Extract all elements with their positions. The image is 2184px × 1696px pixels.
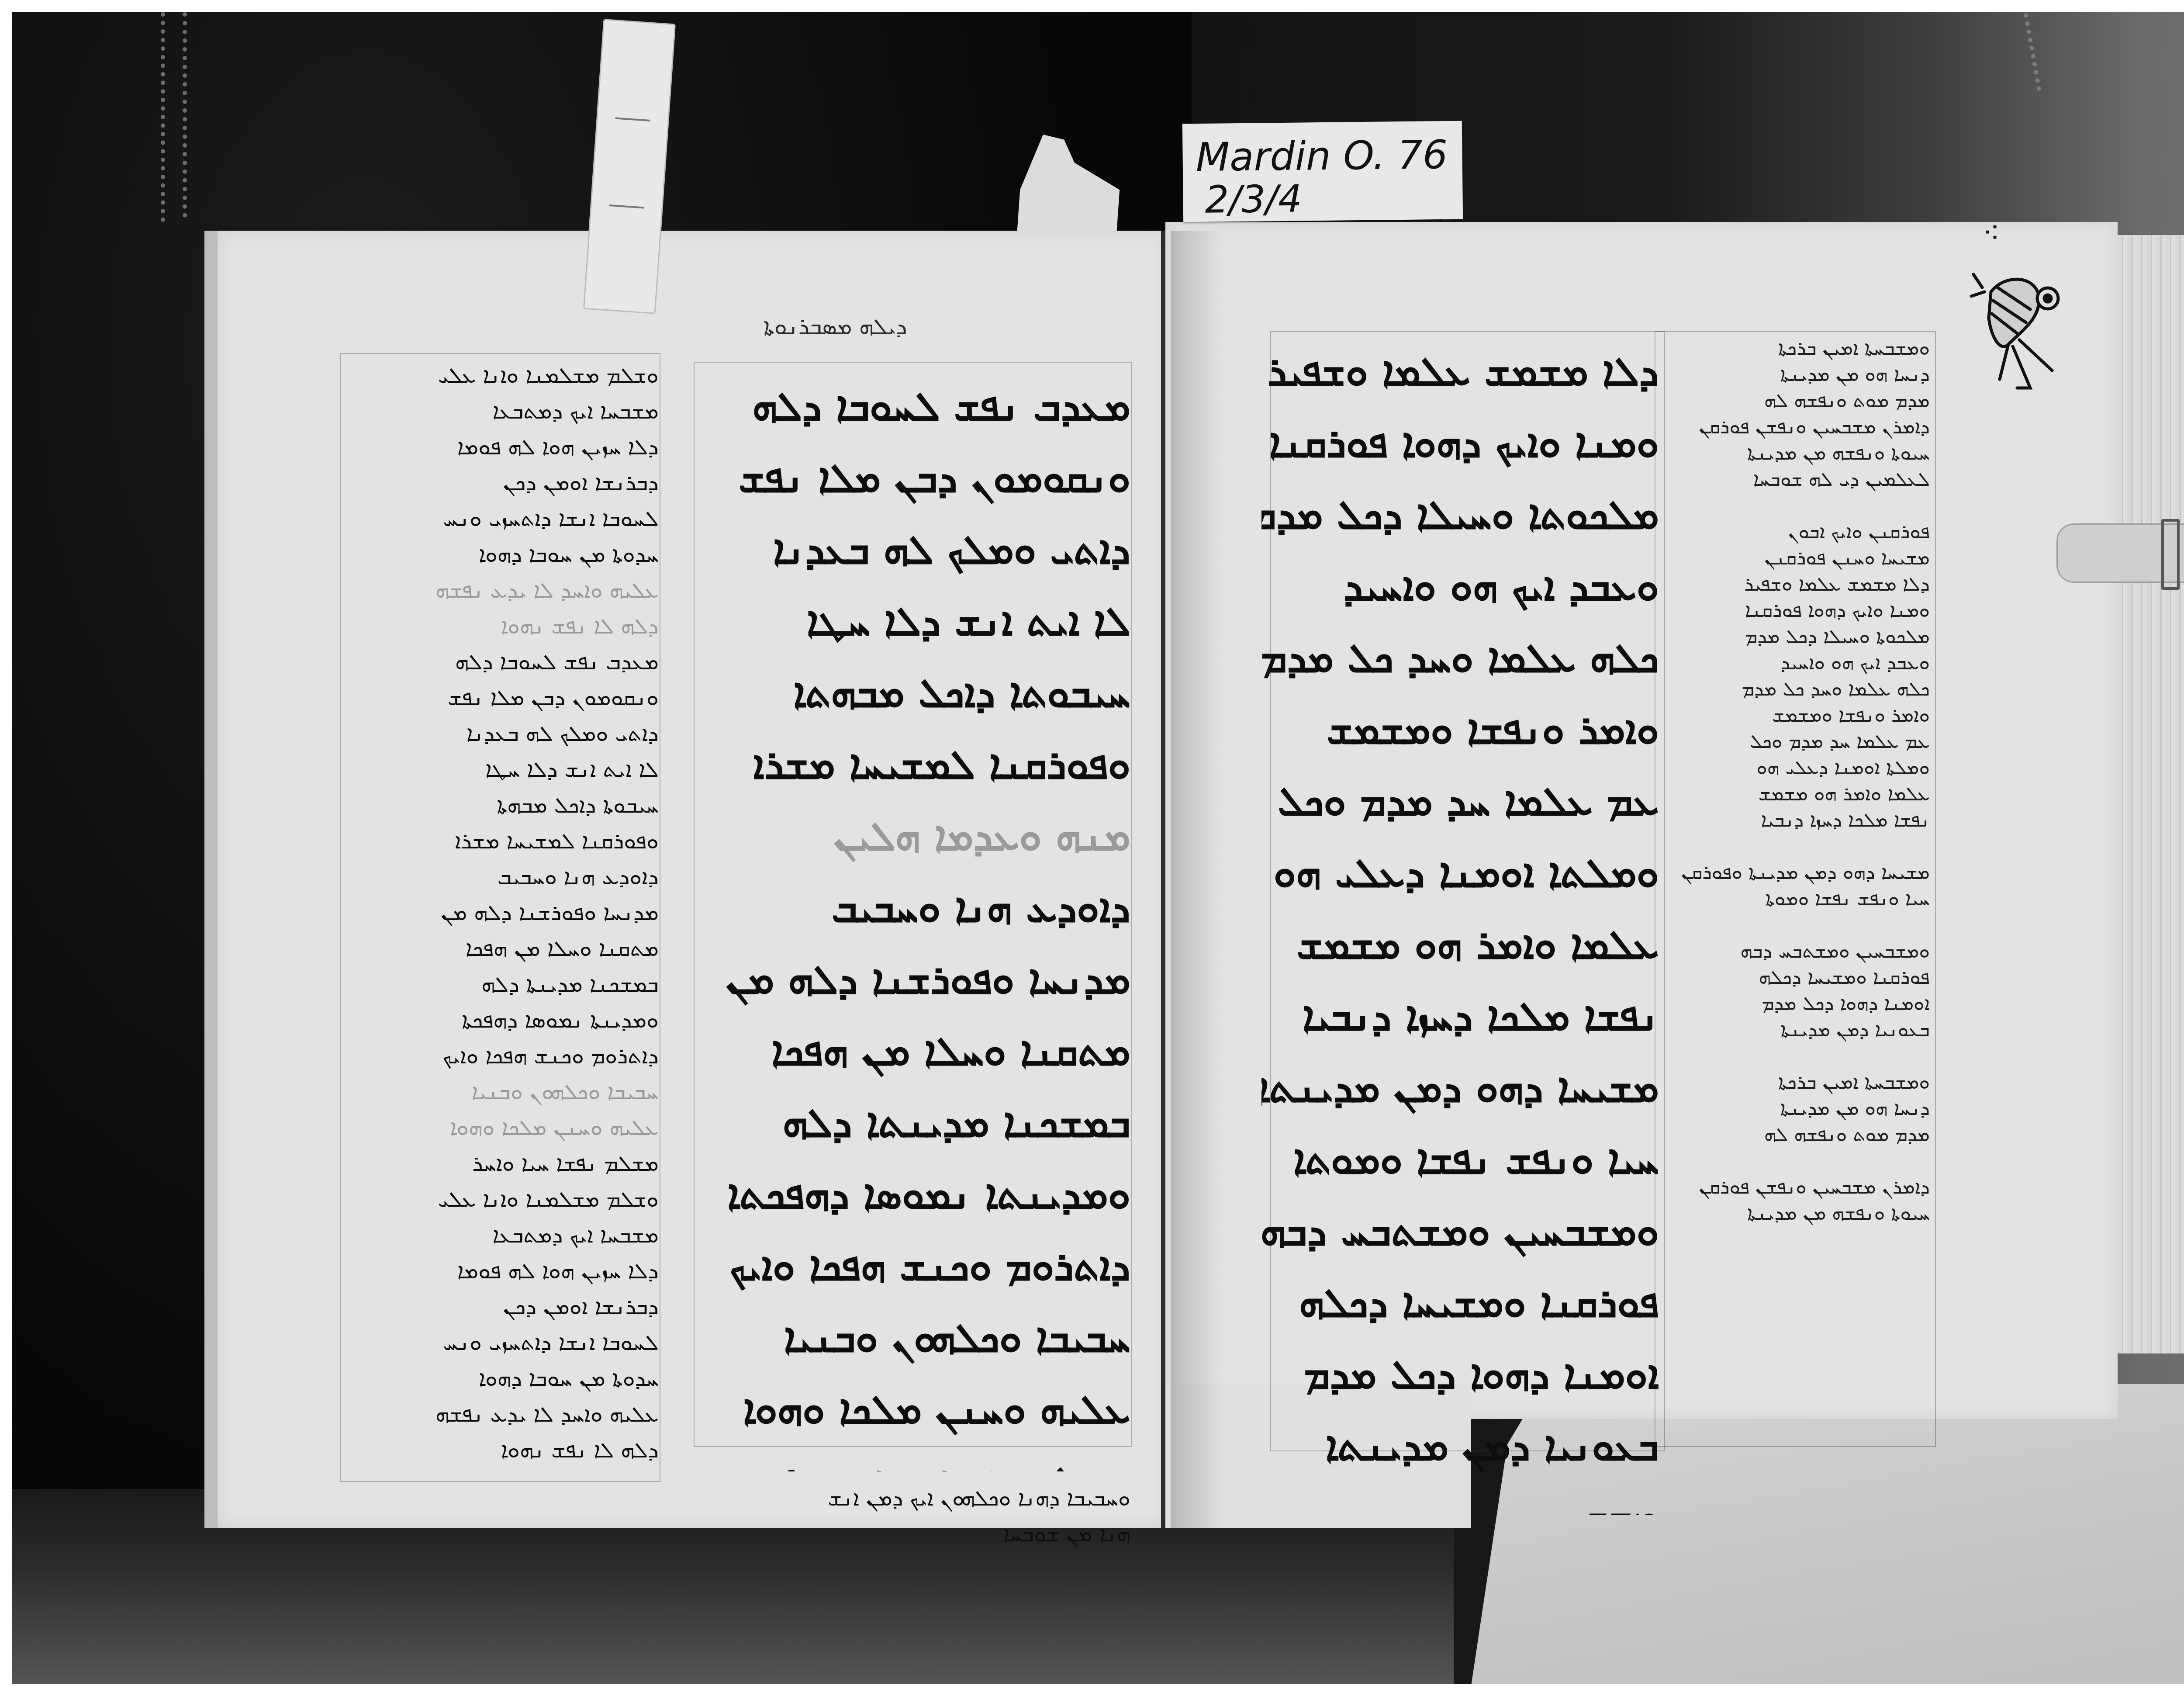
note-line: ܕܠܗ ܠܐ ܢܦܫ ܢܗܘܐ <box>344 1432 659 1468</box>
text-line: ܕܠܐ ܡܫܡܫ ܥܠܡܐ ܘܫܦܝܪ <box>1261 336 1659 407</box>
right-margin-notes: ܘܡܫܒܚܬܐ ܐܡܝܢ ܒܪܟܬܐ ܕܢܚܐ ܗܘ ܡܢ ܡܕܝܢܬܐ ܡܕܡ… <box>1659 336 1930 1297</box>
note-line: ܥܠܝܗ ܘܐܚܕ ܠܐ ܝܕܥ ܢܦܫܗ <box>344 1396 659 1432</box>
note-line: ܕܠܐ ܚܙܝܢ ܗܘܐ ܠܗ ܦܘܡܐ <box>344 1253 659 1289</box>
note-line: ܕܐܘܕܥ ܗܢܐ ܘܚܒܝܒ <box>344 859 659 895</box>
text-line: ܡܥܕܒ ܢܦܫ ܠܚܘܒܐ ܕܠܗ <box>694 370 1130 442</box>
footer-line: ܘܚܒܝܒܐ ܕܗܢܐ ܘܟܠܗܘܢ ܐܝܟ ܕܡܢ ܐܢܫ <box>659 1480 1130 1516</box>
note-line: ܕܠܐ ܡܫܡܫ ܥܠܡܐ ܘܫܦܝܪ <box>1659 571 1930 598</box>
note-line: ܚܕܘܬܐ ܡܢ ܚܘܒܐ ܕܗܘܐ <box>344 536 659 572</box>
text-line: ܘܢܩܘܡܘܢ ܕܒܢ ܡܠܐ ܢܦܫ <box>694 442 1130 514</box>
note-line: ܕܐܡܪܢ ܡܫܒܚܝܢ ܘܢܦܫܢ ܦܘܪܩܢ <box>1659 414 1930 440</box>
note-line: ܘܡܕܝܢܬܐ ܢܡܘܣܐ ܕܗܦܟܬܐ <box>344 1002 659 1038</box>
bird-drawing-icon <box>1965 257 2078 397</box>
note-line: ܢܦܫܐ ܡܠܟܐ ܕܚܙܐ ܕܢܒܝܐ <box>1659 807 1930 834</box>
note-line: ܘܢܩܘܡܘܢ ܕܒܢ ܡܠܐ ܢܦܫ <box>344 680 659 716</box>
note-line: ܠܥܠܡܝܢ ܕܝ ܠܗ ܫܘܒܚܐ <box>1659 467 1930 493</box>
text-line: ܘܡܕܝܢܬܐ ܢܡܘܣܐ ܕܗܦܟܬܐ <box>694 1159 1130 1230</box>
note-line: ܠܐ ܐܝܬ ܐܢܫ ܕܠܐ ܚܛܐ <box>344 751 659 787</box>
note-line: ܡܫܝܚܐ ܘܚܢܢ ܦܘܪܩܢܢ <box>1659 545 1930 571</box>
note-line: ܕܠܐ ܚܙܝܢ ܗܘܐ ܠܗ ܦܘܡܐ <box>344 429 659 465</box>
note-spacer <box>1659 493 1930 519</box>
text-line: ܥܡ ܥܠܡܐ ܚܕ ܡܕܡ ܘܟܠ <box>1261 765 1659 837</box>
catalog-folio-ref: 2/3/4 <box>1205 177 1302 222</box>
note-line: ܘܥܒܕ ܐܝܟ ܗܘ ܘܐܚܝܕ <box>1659 650 1930 676</box>
text-line: ܘܐܡܪ ܘܢܦܫܐ ܘܡܫܡܫ <box>1261 694 1659 765</box>
note-spacer <box>1659 1148 1930 1174</box>
note-line: ܚܝܒܘܬܐ ܕܐܟܠ ܡܒܗܬܐ <box>344 787 659 823</box>
note-spacer <box>1659 834 1930 860</box>
note-line: ܘܫܠܡ ܡܫܠܡܢܐ ܘܐܢܐ ܥܠܝ <box>344 357 659 393</box>
note-line: ܘܡܫܒܚܬܐ ܐܡܝܢ ܒܪܟܬܐ <box>1659 336 1930 362</box>
folio-mark: ⁖ <box>1982 218 2000 248</box>
note-line: ܘܐܡܪ ܘܢܦܫܐ ܘܡܫܡܫ <box>1659 703 1930 729</box>
text-line: ܘܡܢܐ ܘܐܝܟ ܕܗܘܐ ܦܘܪܩܢܐ <box>1261 407 1659 479</box>
note-line: ܡܫܠܡ ܢܦܫܐ ܚܝܐ ܘܐܚܪ <box>344 1146 659 1181</box>
note-line: ܘܡܫܒܚܬܐ ܐܡܝܢ ܒܪܟܬܐ <box>1659 1070 1930 1096</box>
note-line: ܐܘܡܢܐ ܕܗܘܐ ܕܟܠ ܡܕܡ <box>1659 991 1930 1017</box>
note-line: ܕܐܬܪܘܡ ܘܟܢܫ ܗܦܟܐ ܘܐܝܟ <box>344 1038 659 1074</box>
note-line: ܡܕܡ ܡܘܬ ܘܢܦܫܗ ܠܗ <box>1659 388 1930 414</box>
text-line: ܥܠܝܗ ܘܚܢܢ ܡܠܟܐ ܘܗܘܐ <box>694 1374 1130 1445</box>
note-line: ܕܒܪܢܫܐ ܐܘܡܢ ܕܟܢ <box>344 1289 659 1325</box>
note-line: ܕܐܬܝ ܘܡܠܟ ܠܗ ܒܥܕܢܐ <box>344 716 659 751</box>
note-line: ܡܫܝܚܐ ܕܗܘ ܕܡܢ ܡܕܝܢܬܐ ܘܦܘܪܩܢ <box>1659 860 1930 886</box>
note-line: ܚܕܘܬܐ ܡܢ ܚܘܒܐ ܕܗܘܐ <box>344 1360 659 1396</box>
text-line: ܠܐ ܐܝܬ ܐܢܫ ܕܠܐ ܚܛܐ <box>694 585 1130 657</box>
catalog-shelfmark: Mardin O. 76 <box>1196 132 1448 180</box>
note-line: ܚܝܐ ܘܢܦܫ ܢܦܫܐ ܘܡܘܬܐ <box>1659 886 1930 912</box>
page-block-fore-edge <box>2118 235 2184 1353</box>
text-line: ܕܐܘܕܥ ܗܢܐ ܘܚܒܝܒ <box>694 872 1130 944</box>
note-spacer <box>1659 1043 1930 1070</box>
note-line: ܠܚܘܒܐ ܐܢܫܐ ܕܐܬܚܙܝ ܘܢܚ <box>344 1325 659 1360</box>
text-line: ܡܕܢܚܐ ܘܦܘܪܫܢܐ ܕܠܗ ܡܢ <box>694 944 1130 1015</box>
note-line: ܡܠܟܘܬܐ ܘܚܝܠܐ ܕܟܠ ܡܕܡ <box>1659 624 1930 650</box>
note-line: ܕܐܡܪܢ ܡܫܒܚܝܢ ܘܢܦܫܢ ܦܘܪܩܢ <box>1659 1174 1930 1201</box>
text-line: ܡܫܠܡ ܢܦܫܐ ܚܝܐ ܘܐܚܪ <box>694 1445 1130 1471</box>
text-line: ܢܦܫܐ ܡܠܟܐ ܕܚܙܐ ܕܢܒܝܐ <box>1261 980 1659 1052</box>
text-line: ܡܠܟܘܬܐ ܘܚܝܠܐ ܕܟܠ ܡܕܡ <box>1261 479 1659 550</box>
text-line: ܘܦܘܪܩܢܐ ܠܡܫܝܚܐ ܡܫܪܐ <box>694 729 1130 800</box>
text-line: ܡܬܩܢܐ ܘܚܠܐ ܡܢ ܗܦܟܐ <box>694 1015 1130 1087</box>
note-line: ܡܥܕܒ ܢܦܫ ܠܚܘܒܐ ܕܠܗ <box>344 644 659 680</box>
note-line: ܠܚܘܒܐ ܐܢܫܐ ܕܐܬܚܙܝ ܘܢܚ <box>344 501 659 536</box>
text-line: ܦܘܪܩܢܐ ܘܡܫܝܚܐ ܕܟܠܗ <box>1261 1267 1659 1339</box>
note-line: ܘܫܠܡ ܡܫܠܡܢܐ ܘܐܢܐ ܥܠܝ <box>344 1181 659 1217</box>
left-page-footer: ܘܚܒܝܒܐ ܕܗܢܐ ܘܟܠܗܘܢ ܐܝܟ ܕܡܢ ܐܢܫ ܗܢܐ ܡܢ ܫܘ… <box>659 1480 1130 1568</box>
note-spacer <box>1659 912 1930 938</box>
note-line-faded: ܚܒܝܒܐ ܘܟܠܗܘܢ ܘܒܢܝܐ <box>344 1074 659 1110</box>
text-line: ܚܝܐ ܘܢܦܫ ܢܦܫܐ ܘܡܘܬܐ <box>1261 1124 1659 1195</box>
note-line-faded: ܥܠܝܗ ܘܚܢܢ ܡܠܟܐ ܘܗܘܐ <box>344 1110 659 1146</box>
note-line: ܡܕܢܚܐ ܘܦܘܪܫܢܐ ܕܠܗ ܡܢ <box>344 895 659 931</box>
note-line: ܟܠܗ ܥܠܡܐ ܘܚܕ ܟܠ ܡܕܡ <box>1659 676 1930 703</box>
note-line-faded: ܥܠܝܗ ܘܐܚܕ ܠܐ ܝܕܥ ܢܦܫܗ <box>344 572 659 608</box>
note-line: ܦܘܪܩܢܐ ܘܡܫܝܚܐ ܕܟܠܗ <box>1659 965 1930 991</box>
text-line: ܕܐܬܪܘܡ ܘܟܢܫ ܗܦܟܐ ܘܐܝܟ <box>694 1230 1130 1302</box>
note-line: ܕܒܪܢܫܐ ܐܘܡܢ ܕܟܢ <box>344 465 659 501</box>
note-line: ܘܡܠܬܐ ܐܘܡܢܐ ܕܥܠܝ ܗܘ <box>1659 755 1930 781</box>
right-main-text: ܕܠܐ ܡܫܡܫ ܥܠܡܐ ܘܫܦܝܪ ܘܡܢܐ ܘܐܝܟ ܕܗܘܐ ܦܘܪܩܢ… <box>1261 336 1659 1515</box>
note-line: ܘܦܘܪܩܢܐ ܠܡܫܝܚܐ ܡܫܪܐ <box>344 823 659 859</box>
cover-stitching <box>161 12 171 222</box>
note-line: ܦܘܪܩܢܢ ܘܐܝܟ ܐܒܘܢ <box>1659 519 1930 545</box>
left-margin-text: ܘܫܠܡ ܡܫܠܡܢܐ ܘܐܢܐ ܥܠܝ ܡܫܒܚܐ ܐܝܟ ܕܡܬܒܥܐ ܕܠ… <box>344 357 659 1480</box>
cover-stitching <box>183 12 193 218</box>
footer-line: ܗܢܐ ܡܢ ܫܘܒܚܐ <box>659 1516 1130 1552</box>
note-line: ܚܝܘܬܐ ܘܢܦܫܗ ܡܢ ܡܕܝܢܬܐ <box>1659 1201 1930 1227</box>
text-line: ܐܘܡܢܐ ܕܗܘܐ ܕܟܠ ܡܕܡ <box>1261 1339 1659 1410</box>
text-line: ܒܡܫܟܢܐ ܡܕܝܢܬܐ ܕܠܗ <box>694 1087 1130 1159</box>
text-line: ܚܝܒܘܬܐ ܕܐܟܠ ܡܒܗܬܐ <box>694 657 1130 729</box>
note-line: ܡܬܩܢܐ ܘܚܠܐ ܡܢ ܗܦܟܐ <box>344 931 659 966</box>
note-line: ܡܫܒܚܐ ܐܝܟ ܕܡܬܒܥܐ <box>344 1217 659 1253</box>
text-line: ܘܡܠܬܐ ܐܘܡܢܐ ܕܥܠܝ ܗܘ <box>1261 837 1659 909</box>
left-main-text: ܡܥܕܒ ܢܦܫ ܠܚܘܒܐ ܕܠܗ ܘܢܩܘܡܘܢ ܕܒܢ ܡܠܐ ܢܦܫ ܕ… <box>694 370 1130 1471</box>
note-line: ܡܫܒܚܐ ܐܝܟ ܕܡܬܒܥܐ <box>344 393 659 429</box>
note-line: ܚܝܘܬܐ ܘܢܦܫܗ ܡܢ ܡܕܝܢܬܐ <box>1659 440 1930 467</box>
note-line: ܘܡܫܒܚܝܢ ܘܡܫܬܒܚ ܕܒܗ <box>1659 938 1930 965</box>
note-line: ܒܥܘܢܝܐ ܕܡܢ ܡܕܝܢܬܐ <box>1659 1017 1930 1043</box>
text-line: ܘܥܒܕ ܐܝܟ ܗܘ ܘܐܚܝܕ <box>1261 550 1659 622</box>
text-line: ܚܒܝܒܐ ܘܟܠܗܘܢ ܘܒܢܝܐ <box>694 1302 1130 1374</box>
text-line: ܟܠܗ ܥܠܡܐ ܘܚܕ ܟܠ ܡܕܡ <box>1261 622 1659 694</box>
note-line: ܘܡܢܐ ܘܐܝܟ ܕܗܘܐ ܦܘܪܩܢܐ <box>1659 598 1930 624</box>
text-line: ܘܡܫܒܚܝܢ ܘܡܫܬܒܚ ܕܒܗ <box>1261 1195 1659 1267</box>
gutter-shadow <box>1171 231 1223 1528</box>
text-line: ܡܫܒܚ <box>1261 1482 1659 1515</box>
left-page-header: ܕܝܠܗ ܡܣܒܪܢܘܬܐ <box>764 314 907 340</box>
note-line: ܥܡ ܥܠܡܐ ܚܕ ܡܕܡ ܘܟܠ <box>1659 729 1930 755</box>
note-line: ܕܢܚܐ ܗܘ ܡܢ ܡܕܝܢܬܐ <box>1659 362 1930 388</box>
catalog-label: Mardin O. 76 2/3/4 <box>1182 121 1463 222</box>
note-line: ܥܠܡܐ ܘܐܡܪ ܗܘ ܡܫܡܫ <box>1659 781 1930 807</box>
rubric-line: ܡܢܗ ܘܥܕܡܐ ܗܠܝܢ <box>694 800 1130 872</box>
text-line: ܥܠܡܐ ܘܐܡܪ ܗܘ ܡܫܡܫ <box>1261 909 1659 980</box>
text-line: ܒܥܘܢܝܐ ܕܡܢ ܡܕܝܢܬܐ <box>1261 1410 1659 1482</box>
text-line: ܡܫܝܚܐ ܕܗܘ ܕܡܢ ܡܕܝܢܬܐ ܘܦܘܪܩܢ <box>1261 1052 1659 1124</box>
note-line: ܕܢܚܐ ܗܘ ܡܢ ܡܕܝܢܬܐ <box>1659 1096 1930 1122</box>
note-line-faded: ܕܠܗ ܠܐ ܢܦܫ ܢܗܘܐ <box>344 608 659 644</box>
clothespin-spring <box>2161 519 2180 590</box>
note-line: ܒܡܫܟܢܐ ܡܕܝܢܬܐ ܕܠܗ <box>344 966 659 1002</box>
note-line: ܡܕܡ ܡܘܬ ܘܢܦܫܗ ܠܗ <box>1659 1122 1930 1148</box>
manuscript-photo: ܕܝܠܗ ܡܣܒܪܢܘܬܐ ܡܥܕܒ ܢܦܫ ܠܚܘܒܐ ܕܠܗ ܘܢܩܘܡܘܢ… <box>12 12 2184 1684</box>
text-line: ܕܐܬܝ ܘܡܠܟ ܠܗ ܒܥܕܢܐ <box>694 514 1130 585</box>
